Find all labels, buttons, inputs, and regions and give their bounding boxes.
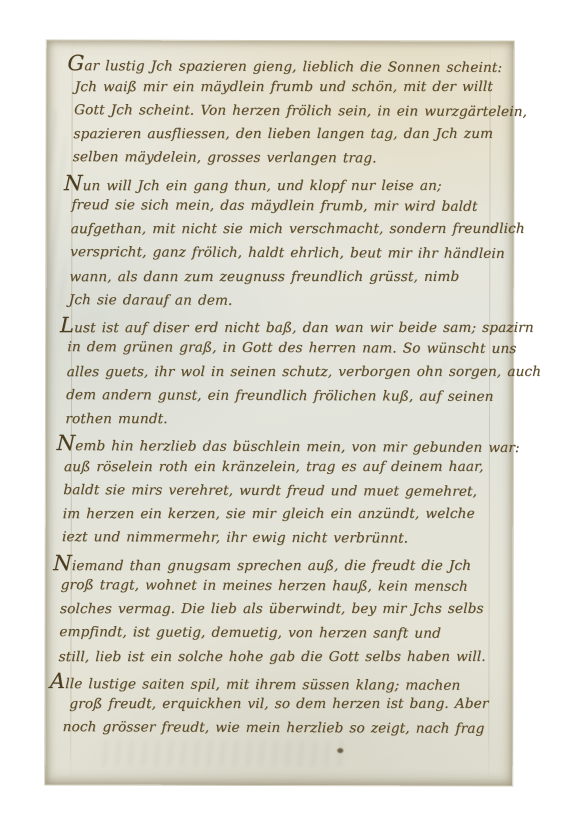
manuscript-line: baldt sie mirs verehret, wurdt freud und…: [55, 479, 508, 505]
manuscript-line: Alle lustige saiten spil, mit ihrem süss…: [50, 669, 503, 695]
manuscript-line: freud sie sich mein, das mäydlein frumb,…: [63, 194, 516, 220]
manuscript-line: aufgethan, mit nicht sie mich verschmach…: [62, 218, 515, 242]
manuscript-line: spazieren ausfliessen, den lieben langen…: [65, 123, 518, 147]
manuscript-line: in dem grünen graß, in Gott des herren n…: [59, 336, 512, 362]
manuscript-line: Nun will Jch ein gang thun, und klopf nu…: [64, 171, 517, 195]
manuscript-line: rothen mundt.: [57, 408, 510, 432]
manuscript-line: alles guets, ihr wol in seinen schutz, v…: [58, 361, 511, 385]
manuscript-page: Gar lustig Jch spazieren gieng, lieblich…: [44, 40, 515, 787]
manuscript-line: Nemb hin herzlieb das büschlein mein, vo…: [56, 431, 509, 457]
manuscript-line: Gott Jch scheint. Von herzen frölich sei…: [66, 99, 519, 125]
scan-background: Gar lustig Jch spazieren gieng, lieblich…: [0, 0, 566, 833]
manuscript-line: auß röselein roth ein kränzelein, trag e…: [56, 456, 509, 480]
manuscript-line: empfindt, ist guetig, demuetig, von herz…: [51, 621, 504, 647]
manuscript-line: Niemand than gnugsam sprechen auß, die f…: [53, 551, 506, 575]
manuscript-line: groß freudt, erquickhen vil, so dem herz…: [49, 693, 502, 717]
ink-blot: [337, 748, 343, 753]
manuscript-line: iezt und nimmermehr, ihr ewig nicht verb…: [54, 526, 507, 552]
manuscript-line: groß tragt, wohnet in meines herzen hauß…: [52, 574, 505, 600]
manuscript-line: Jch sie darauf an dem.: [60, 289, 513, 315]
manuscript-line: verspricht, ganz frölich, haldt ehrlich,…: [62, 241, 515, 267]
manuscript-line: selben mäydelein, grosses verlangen trag…: [64, 146, 517, 172]
manuscript-line: still, lieb ist ein solche hohe gab die …: [50, 646, 503, 670]
manuscript-line: wann, als dann zum zeugnuss freundlich g…: [61, 266, 514, 290]
show-through-mark: [100, 741, 350, 768]
manuscript-line: solches vermag. Die lieb als überwindt, …: [52, 598, 505, 622]
manuscript-line: noch grösser freudt, wie mein herzlieb s…: [48, 716, 501, 742]
manuscript-line: Gar lustig Jch spazieren gieng, lieblich…: [67, 51, 520, 77]
manuscript-line: dem andern gunst, ein freundlich frölich…: [58, 384, 511, 410]
manuscript-line: im herzen ein kerzen, sie mir gleich ein…: [54, 503, 507, 527]
manuscript-line: Lust ist auf diser erd nicht baß, dan wa…: [60, 313, 513, 337]
manuscript-line: Jch waiß mir ein mäydlein frumb und schö…: [66, 76, 519, 100]
handwritten-text-block: Gar lustig Jch spazieren gieng, lieblich…: [48, 52, 519, 742]
